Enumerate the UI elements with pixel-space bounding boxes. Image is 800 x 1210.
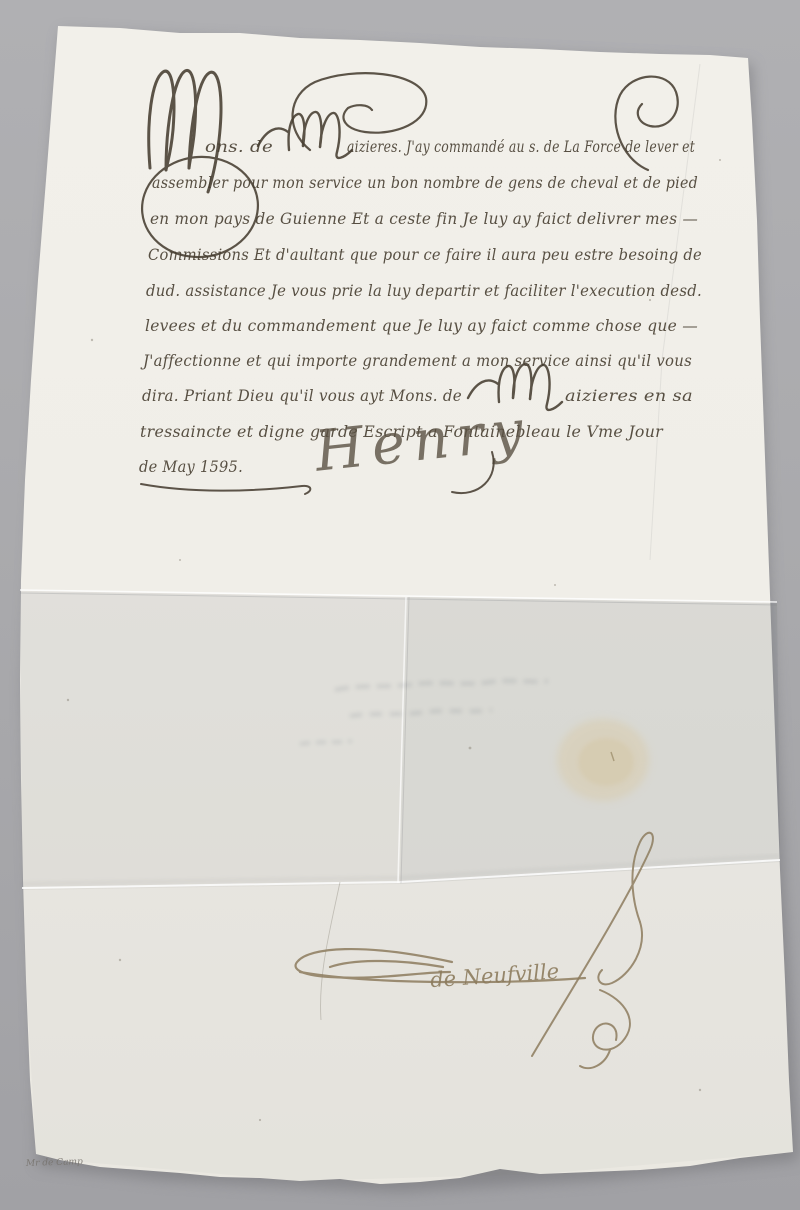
letter-line-10: de May 1595. <box>139 457 243 476</box>
stain <box>557 719 649 801</box>
letter-line-8: aizieres en sa <box>565 386 693 405</box>
letter-line-2: assembler pour mon service un bon nombre… <box>152 173 698 192</box>
lower-panel-shade <box>22 862 793 1181</box>
letter-photo-canvas: ons. de aizieres. J'ay commandé au s. de… <box>0 0 800 1210</box>
photograph-of-manuscript-letter: ons. de aizieres. J'ay commandé au s. de… <box>0 0 800 1210</box>
letter-line-1-pre: ons. de <box>205 137 273 156</box>
letter-line-4: Commissions Et d'aultant que pour ce fai… <box>148 245 702 264</box>
letter-line-8-pre: dira. Priant Dieu qu'il vous ayt Mons. d… <box>142 386 462 405</box>
letter-line-6: levees et du commandement que Je luy ay … <box>145 316 698 335</box>
letter-line-3: en mon pays de Guienne Et a ceste fin Je… <box>150 209 698 228</box>
letter-line-1: aizieres. J'ay commandé au s. de La Forc… <box>347 137 695 156</box>
letter-line-5: dud. assistance Je vous prie la luy depa… <box>146 281 702 300</box>
pencil-annotation: Mr de Camp <box>25 1157 83 1169</box>
letter-line-7: J'affectionne et qui importe grandement … <box>140 351 692 370</box>
